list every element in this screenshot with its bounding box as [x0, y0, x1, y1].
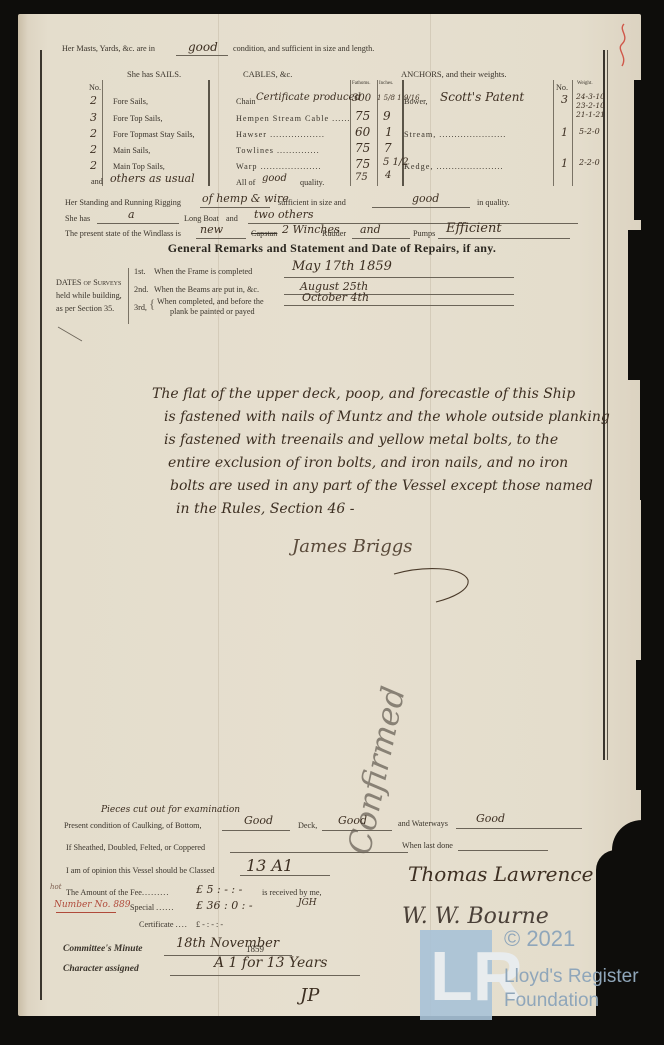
cable-label: Towlines .............. [236, 146, 320, 155]
watermark-org-line1: Lloyd's Register [504, 966, 639, 988]
pumps-underline [438, 238, 570, 239]
caulking-annotation: Pieces cut out for examination [101, 805, 240, 815]
sheathed-underline [230, 852, 408, 853]
masts-suffix: condition, and sufficient in size and le… [233, 44, 374, 53]
rudder-label: Rudder [322, 229, 346, 238]
caulking-label: Present condition of Caulking, of Bottom… [64, 821, 202, 830]
boats-label: She has [65, 214, 90, 223]
masts-underline [176, 55, 228, 56]
cable-label: Chain [236, 97, 256, 106]
survey-num: 2nd. [134, 285, 148, 294]
survey-date-value: October 4th [302, 291, 369, 304]
sail-label: Main Sails, [113, 146, 150, 155]
sail-label: Main Top Sails, [113, 162, 165, 171]
cable-quality-value: good [262, 173, 287, 184]
torn-edge [640, 380, 644, 500]
fathoms-header: Fathoms. [352, 81, 370, 86]
survey-label: When the Frame is completed [154, 267, 252, 276]
boats-others-value: two others [254, 208, 314, 221]
cable-fathoms: 75 [355, 172, 368, 183]
fee-received-text: is received by me, [262, 888, 322, 897]
torn-edge [636, 660, 644, 790]
cable-label: All of [236, 178, 255, 187]
waterways-value: Good [476, 812, 505, 825]
capstan-struck-label: Capstan [251, 229, 277, 238]
windlass-label: The present state of the Windlass is [65, 229, 181, 238]
special-value: £ 36 : 0 : - [196, 899, 253, 912]
certificate-value: £ - : - : - [196, 920, 223, 929]
character-assigned-label: Character assigned [63, 964, 139, 974]
rigging-quality-underline [372, 207, 470, 208]
boats-and-label: and [226, 214, 238, 223]
survey-dates-brace [128, 268, 129, 324]
survey-label: When completed, and before the [157, 297, 264, 306]
anchor-weight: 2-2-0 [579, 158, 600, 167]
cable-inches: 1 [385, 125, 393, 139]
caulking-bottom-underline [222, 830, 290, 831]
boats-value: a [128, 208, 135, 221]
cables-title: CABLES, &c. [243, 69, 292, 79]
rigging-middle: sufficient in size and [278, 198, 346, 207]
rudder-value: and [360, 223, 381, 236]
remark-line: in the Rules, Section 46 - [176, 501, 354, 517]
classed-value: 13 A1 [246, 856, 293, 875]
deck-value: Good [338, 814, 367, 827]
certificate-label: Certificate .... [139, 920, 188, 929]
sails-title: She has SAILS. [127, 69, 181, 79]
cable-quality-suffix: quality. [300, 178, 324, 187]
masts-label: Her Masts, Yards, &c. are in [62, 44, 155, 53]
chain-value: Certificate produced [256, 92, 361, 103]
cable-inches: 7 [384, 141, 392, 155]
anchors-title: ANCHORS, and their weights. [401, 69, 507, 79]
remark-line: bolts are used in any part of the Vessel… [170, 478, 593, 494]
sheathed-label: If Sheathed, Doubled, Felted, or Coppere… [66, 843, 205, 852]
cable-inches: 4 [385, 170, 391, 181]
lr-logo: LR [420, 930, 492, 1020]
sail-count: 2 [90, 143, 97, 156]
caulking-bottom-value: Good [244, 814, 273, 827]
survey-dates-label: as per Section 35. [56, 304, 114, 313]
fee-amount-value: £ 5 : - : - [196, 883, 242, 896]
anchor-weight-header: Weight. [577, 81, 593, 86]
anchor-weight: 24-3-10 [576, 92, 605, 101]
survey-dates-label: held while building, [56, 291, 122, 300]
surveyor-signature: Thomas Lawrence [408, 862, 593, 886]
anchor-count: 3 [561, 93, 568, 106]
anchor-label: Kedge, ...................... [404, 162, 504, 171]
deck-underline [322, 830, 392, 831]
anchor-count: 1 [561, 157, 568, 170]
anchor-label: Stream, ...................... [404, 130, 506, 139]
anchor-no-divider [553, 80, 554, 186]
fee-red-note: Number No. 889 [54, 900, 131, 910]
committee-minute-label: Committee's Minute [63, 944, 142, 954]
special-initials: JGH [298, 898, 317, 908]
boats-underline [97, 223, 179, 224]
sail-label: Fore Topmast Stay Sails, [113, 130, 195, 139]
waterways-underline [456, 828, 582, 829]
bottom-background [0, 1016, 664, 1045]
survey-brace: { [149, 296, 155, 312]
remark-line: is fastened with treenails and yellow me… [164, 432, 558, 448]
sail-count: 3 [90, 111, 97, 124]
remark-line: The flat of the upper deck, poop, and fo… [152, 386, 575, 402]
rigging-suffix: in quality. [477, 198, 510, 207]
cable-label: Warp .................... [236, 162, 322, 171]
committee-minute-year: 1859 [246, 944, 264, 954]
cable-label: Hempen Stream Cable ...... [236, 114, 350, 123]
survey-num: 3rd, [134, 303, 147, 312]
sails-and-label: and [91, 177, 103, 186]
cable-fathoms: 60 [355, 125, 370, 139]
anchor-type-value: Scott's Patent [440, 90, 524, 104]
rigging-quality-value: good [412, 192, 439, 205]
left-border-rule [40, 50, 42, 1000]
fee-margin-note: hot [50, 883, 62, 891]
sail-label: Fore Sails, [113, 97, 148, 106]
cable-fathoms: 75 [355, 109, 370, 123]
remark-line: entire exclusion of iron bolts, and iron… [168, 455, 568, 471]
anchor-weight: 23-2-10 [576, 101, 605, 110]
fee-amount-label: The Amount of the Fee......... [66, 888, 169, 897]
rigging-label: Her Standing and Running Rigging [65, 198, 181, 207]
anchor-count: 1 [561, 126, 568, 139]
sails-others-value: others as usual [110, 172, 195, 185]
torn-edge [634, 80, 642, 220]
character-underline [170, 975, 360, 976]
inches-header: Inches. [379, 81, 393, 86]
anchor-weight: 21-1-21 [576, 110, 605, 119]
survey-num: 1st. [134, 267, 146, 276]
classed-underline [240, 875, 330, 876]
survey-date-value: May 17th 1859 [292, 259, 392, 274]
general-remarks-title: General Remarks and Statement and Date o… [0, 241, 664, 256]
remarks-signature: James Briggs [292, 536, 413, 557]
deck-label: Deck, [298, 821, 317, 830]
sail-count: 2 [90, 127, 97, 140]
right-border-rule-inner [607, 50, 608, 760]
anchor-weight: 5-2-0 [579, 127, 600, 136]
windlass-underline [196, 238, 246, 239]
classed-label: I am of opinion this Vessel should be Cl… [66, 866, 215, 875]
special-label: Special ...... [130, 903, 174, 912]
rigging-value: of hemp & wire [202, 192, 289, 205]
cable-inches: 9 [383, 109, 391, 123]
rudder-underline [352, 238, 410, 239]
survey-dates-label: DATES of Surveys [56, 278, 121, 287]
survey-label: plank be painted or payed [170, 307, 255, 316]
pumps-value: Efficient [446, 221, 502, 236]
waterways-label: and Waterways [398, 819, 448, 828]
watermark-copyright: © 2021 [504, 926, 575, 952]
watermark-org-line2: Foundation [504, 990, 599, 1012]
anchor-label: Bower, [404, 97, 428, 106]
sails-cables-divider [208, 80, 210, 186]
cable-label: Hawser .................. [236, 130, 325, 139]
survey-label: When the Beams are put in, &c. [154, 285, 259, 294]
cable-fathoms: 300 [352, 93, 371, 104]
character-assigned-value: A 1 for 13 Years [214, 955, 327, 971]
survey-underline [284, 277, 514, 278]
right-border-rule [603, 50, 605, 760]
sail-label: Fore Top Sails, [113, 114, 163, 123]
pen-stroke-icon [56, 325, 86, 345]
masts-value: good [188, 40, 218, 54]
last-done-underline [458, 850, 548, 851]
pumps-label: Pumps [413, 229, 435, 238]
cable-fathoms: 75 [355, 157, 370, 171]
long-boat-label: Long Boat [184, 214, 219, 223]
sail-count: 2 [90, 159, 97, 172]
committee-initials: JP [300, 985, 319, 1006]
signature-flourish-icon [392, 566, 472, 606]
survey-underline [284, 305, 514, 306]
windlass-value: new [200, 223, 223, 236]
sails-no-header: No. [89, 83, 101, 92]
anchor-no-header: No. [556, 83, 568, 92]
red-note-underline [56, 912, 116, 913]
sail-count: 2 [90, 94, 97, 107]
sails-no-divider [102, 80, 103, 186]
remark-line: is fastened with nails of Muntz and the … [164, 409, 610, 425]
red-margin-mark-icon [616, 22, 632, 70]
anchor-weight-divider [572, 80, 573, 186]
last-done-label: When last done [402, 841, 453, 850]
cable-fathoms: 75 [355, 141, 370, 155]
